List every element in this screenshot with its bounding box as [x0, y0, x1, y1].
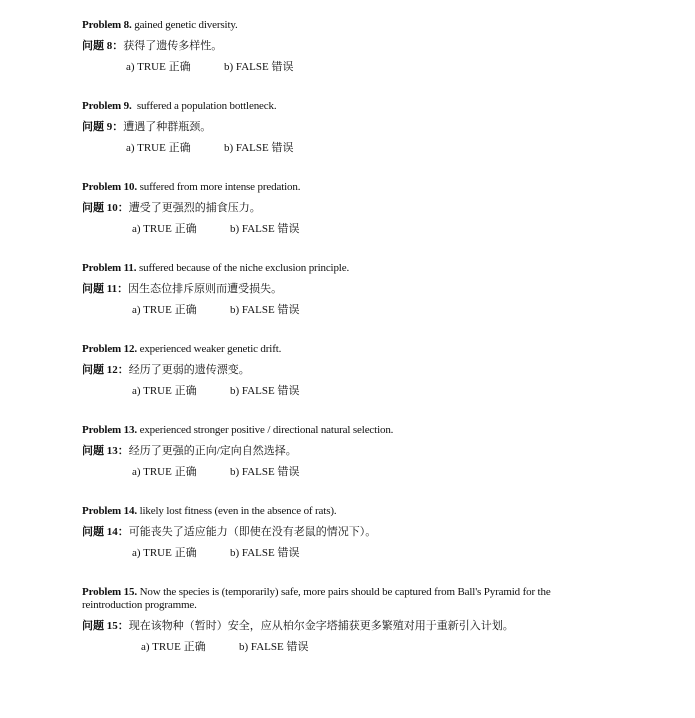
problem-8-cn-label: 问题 8：: [82, 40, 123, 52]
problem-8-cn-text: 获得了遗传多样性。: [123, 40, 222, 52]
problem-15-cn-text: 现在该物种（暂时）安全，应从柏尔金字塔捕获更多繁殖对用于重新引入计划。: [129, 620, 514, 632]
problem-13-label: Problem 13.: [82, 424, 137, 436]
problem-12: Problem 12. experienced weaker genetic d…: [82, 343, 612, 398]
problem-9-option-false[interactable]: b) FALSE 错误: [224, 141, 293, 155]
problem-15-cn-label: 问题 15：: [82, 620, 129, 632]
problem-12-option-false[interactable]: b) FALSE 错误: [230, 384, 299, 398]
problem-8-english: Problem 8. gained genetic diversity.: [82, 19, 612, 32]
problem-14-chinese: 问题 14：可能丧失了适应能力（即使在没有老鼠的情况下）。: [82, 525, 612, 539]
problem-9-chinese: 问题 9：遭遇了种群瓶颈。: [82, 120, 612, 134]
problem-10-option-false[interactable]: b) FALSE 错误: [230, 222, 299, 236]
problem-11-cn-label: 问题 11：: [82, 283, 128, 295]
problem-11: Problem 11. suffered because of the nich…: [82, 262, 612, 317]
problem-11-options: a) TRUE 正确 b) FALSE 错误: [82, 303, 612, 317]
problem-15: Problem 15. Now the species is (temporar…: [82, 586, 607, 654]
problem-9-options: a) TRUE 正确 b) FALSE 错误: [82, 141, 612, 155]
problem-9-cn-label: 问题 9：: [82, 121, 123, 133]
problem-11-text: suffered because of the niche exclusion …: [136, 262, 349, 274]
problem-14-option-false[interactable]: b) FALSE 错误: [230, 546, 299, 560]
problem-15-label: Problem 15.: [82, 586, 137, 598]
problem-12-options: a) TRUE 正确 b) FALSE 错误: [82, 384, 612, 398]
problem-12-cn-label: 问题 12：: [82, 364, 129, 376]
problem-8-option-false[interactable]: b) FALSE 错误: [224, 60, 293, 74]
problem-12-cn-text: 经历了更弱的遗传漂变。: [129, 364, 250, 376]
problem-10-label: Problem 10.: [82, 181, 137, 193]
problem-14-cn-text: 可能丧失了适应能力（即使在没有老鼠的情况下）。: [129, 526, 377, 538]
problem-8-chinese: 问题 8：获得了遗传多样性。: [82, 39, 612, 53]
problem-11-cn-text: 因生态位排斥原则而遭受损失。: [128, 283, 282, 295]
problem-11-english: Problem 11. suffered because of the nich…: [82, 262, 612, 275]
problem-11-option-true[interactable]: a) TRUE 正确: [132, 303, 197, 317]
problem-13-options: a) TRUE 正确 b) FALSE 错误: [82, 465, 612, 479]
problem-9-text: suffered a population bottleneck.: [132, 100, 277, 112]
problem-12-text: experienced weaker genetic drift.: [137, 343, 281, 355]
problem-8-text: gained genetic diversity.: [132, 19, 238, 31]
problem-11-option-false[interactable]: b) FALSE 错误: [230, 303, 299, 317]
problem-15-english: Problem 15. Now the species is (temporar…: [82, 586, 607, 612]
problem-10-options: a) TRUE 正确 b) FALSE 错误: [82, 222, 612, 236]
problem-13-english: Problem 13. experienced stronger positiv…: [82, 424, 612, 437]
problem-14-option-true[interactable]: a) TRUE 正确: [132, 546, 197, 560]
problem-10-text: suffered from more intense predation.: [137, 181, 300, 193]
problem-15-text: Now the species is (temporarily) safe, m…: [82, 586, 551, 611]
problem-13-chinese: 问题 13：经历了更强的正向/定向自然选择。: [82, 444, 612, 458]
problem-8: Problem 8. gained genetic diversity. 问题 …: [82, 19, 612, 74]
problem-14-text: likely lost fitness (even in the absence…: [137, 505, 336, 517]
problem-15-option-true[interactable]: a) TRUE 正确: [141, 640, 206, 654]
problem-9-option-true[interactable]: a) TRUE 正确: [126, 141, 191, 155]
problem-14: Problem 14. likely lost fitness (even in…: [82, 505, 612, 560]
problem-13-cn-text: 经历了更强的正向/定向自然选择。: [129, 445, 297, 457]
problem-9: Problem 9. suffered a population bottlen…: [82, 100, 612, 155]
problem-10-cn-text: 遭受了更强烈的捕食压力。: [129, 202, 261, 214]
problem-13: Problem 13. experienced stronger positiv…: [82, 424, 612, 479]
problem-10-cn-label: 问题 10：: [82, 202, 129, 214]
problem-11-label: Problem 11.: [82, 262, 136, 274]
problem-15-chinese: 问题 15：现在该物种（暂时）安全，应从柏尔金字塔捕获更多繁殖对用于重新引入计划…: [82, 619, 607, 633]
problem-9-label: Problem 9.: [82, 100, 132, 112]
problem-15-option-false[interactable]: b) FALSE 错误: [239, 640, 308, 654]
problem-12-label: Problem 12.: [82, 343, 137, 355]
problem-13-text: experienced stronger positive / directio…: [137, 424, 393, 436]
problem-10: Problem 10. suffered from more intense p…: [82, 181, 612, 236]
problem-12-english: Problem 12. experienced weaker genetic d…: [82, 343, 612, 356]
problem-15-options: a) TRUE 正确 b) FALSE 错误: [82, 640, 607, 654]
problem-10-chinese: 问题 10：遭受了更强烈的捕食压力。: [82, 201, 612, 215]
problem-12-chinese: 问题 12：经历了更弱的遗传漂变。: [82, 363, 612, 377]
problem-13-option-true[interactable]: a) TRUE 正确: [132, 465, 197, 479]
problem-9-cn-text: 遭遇了种群瓶颈。: [123, 121, 211, 133]
problem-8-label: Problem 8.: [82, 19, 132, 31]
problem-14-label: Problem 14.: [82, 505, 137, 517]
problem-12-option-true[interactable]: a) TRUE 正确: [132, 384, 197, 398]
problem-9-english: Problem 9. suffered a population bottlen…: [82, 100, 612, 113]
problem-11-chinese: 问题 11：因生态位排斥原则而遭受损失。: [82, 282, 612, 296]
problem-10-option-true[interactable]: a) TRUE 正确: [132, 222, 197, 236]
problem-8-options: a) TRUE 正确 b) FALSE 错误: [82, 60, 612, 74]
problem-10-english: Problem 10. suffered from more intense p…: [82, 181, 612, 194]
problem-14-options: a) TRUE 正确 b) FALSE 错误: [82, 546, 612, 560]
problem-14-english: Problem 14. likely lost fitness (even in…: [82, 505, 612, 518]
problem-8-option-true[interactable]: a) TRUE 正确: [126, 60, 191, 74]
problem-13-cn-label: 问题 13：: [82, 445, 129, 457]
problem-14-cn-label: 问题 14：: [82, 526, 129, 538]
problem-13-option-false[interactable]: b) FALSE 错误: [230, 465, 299, 479]
